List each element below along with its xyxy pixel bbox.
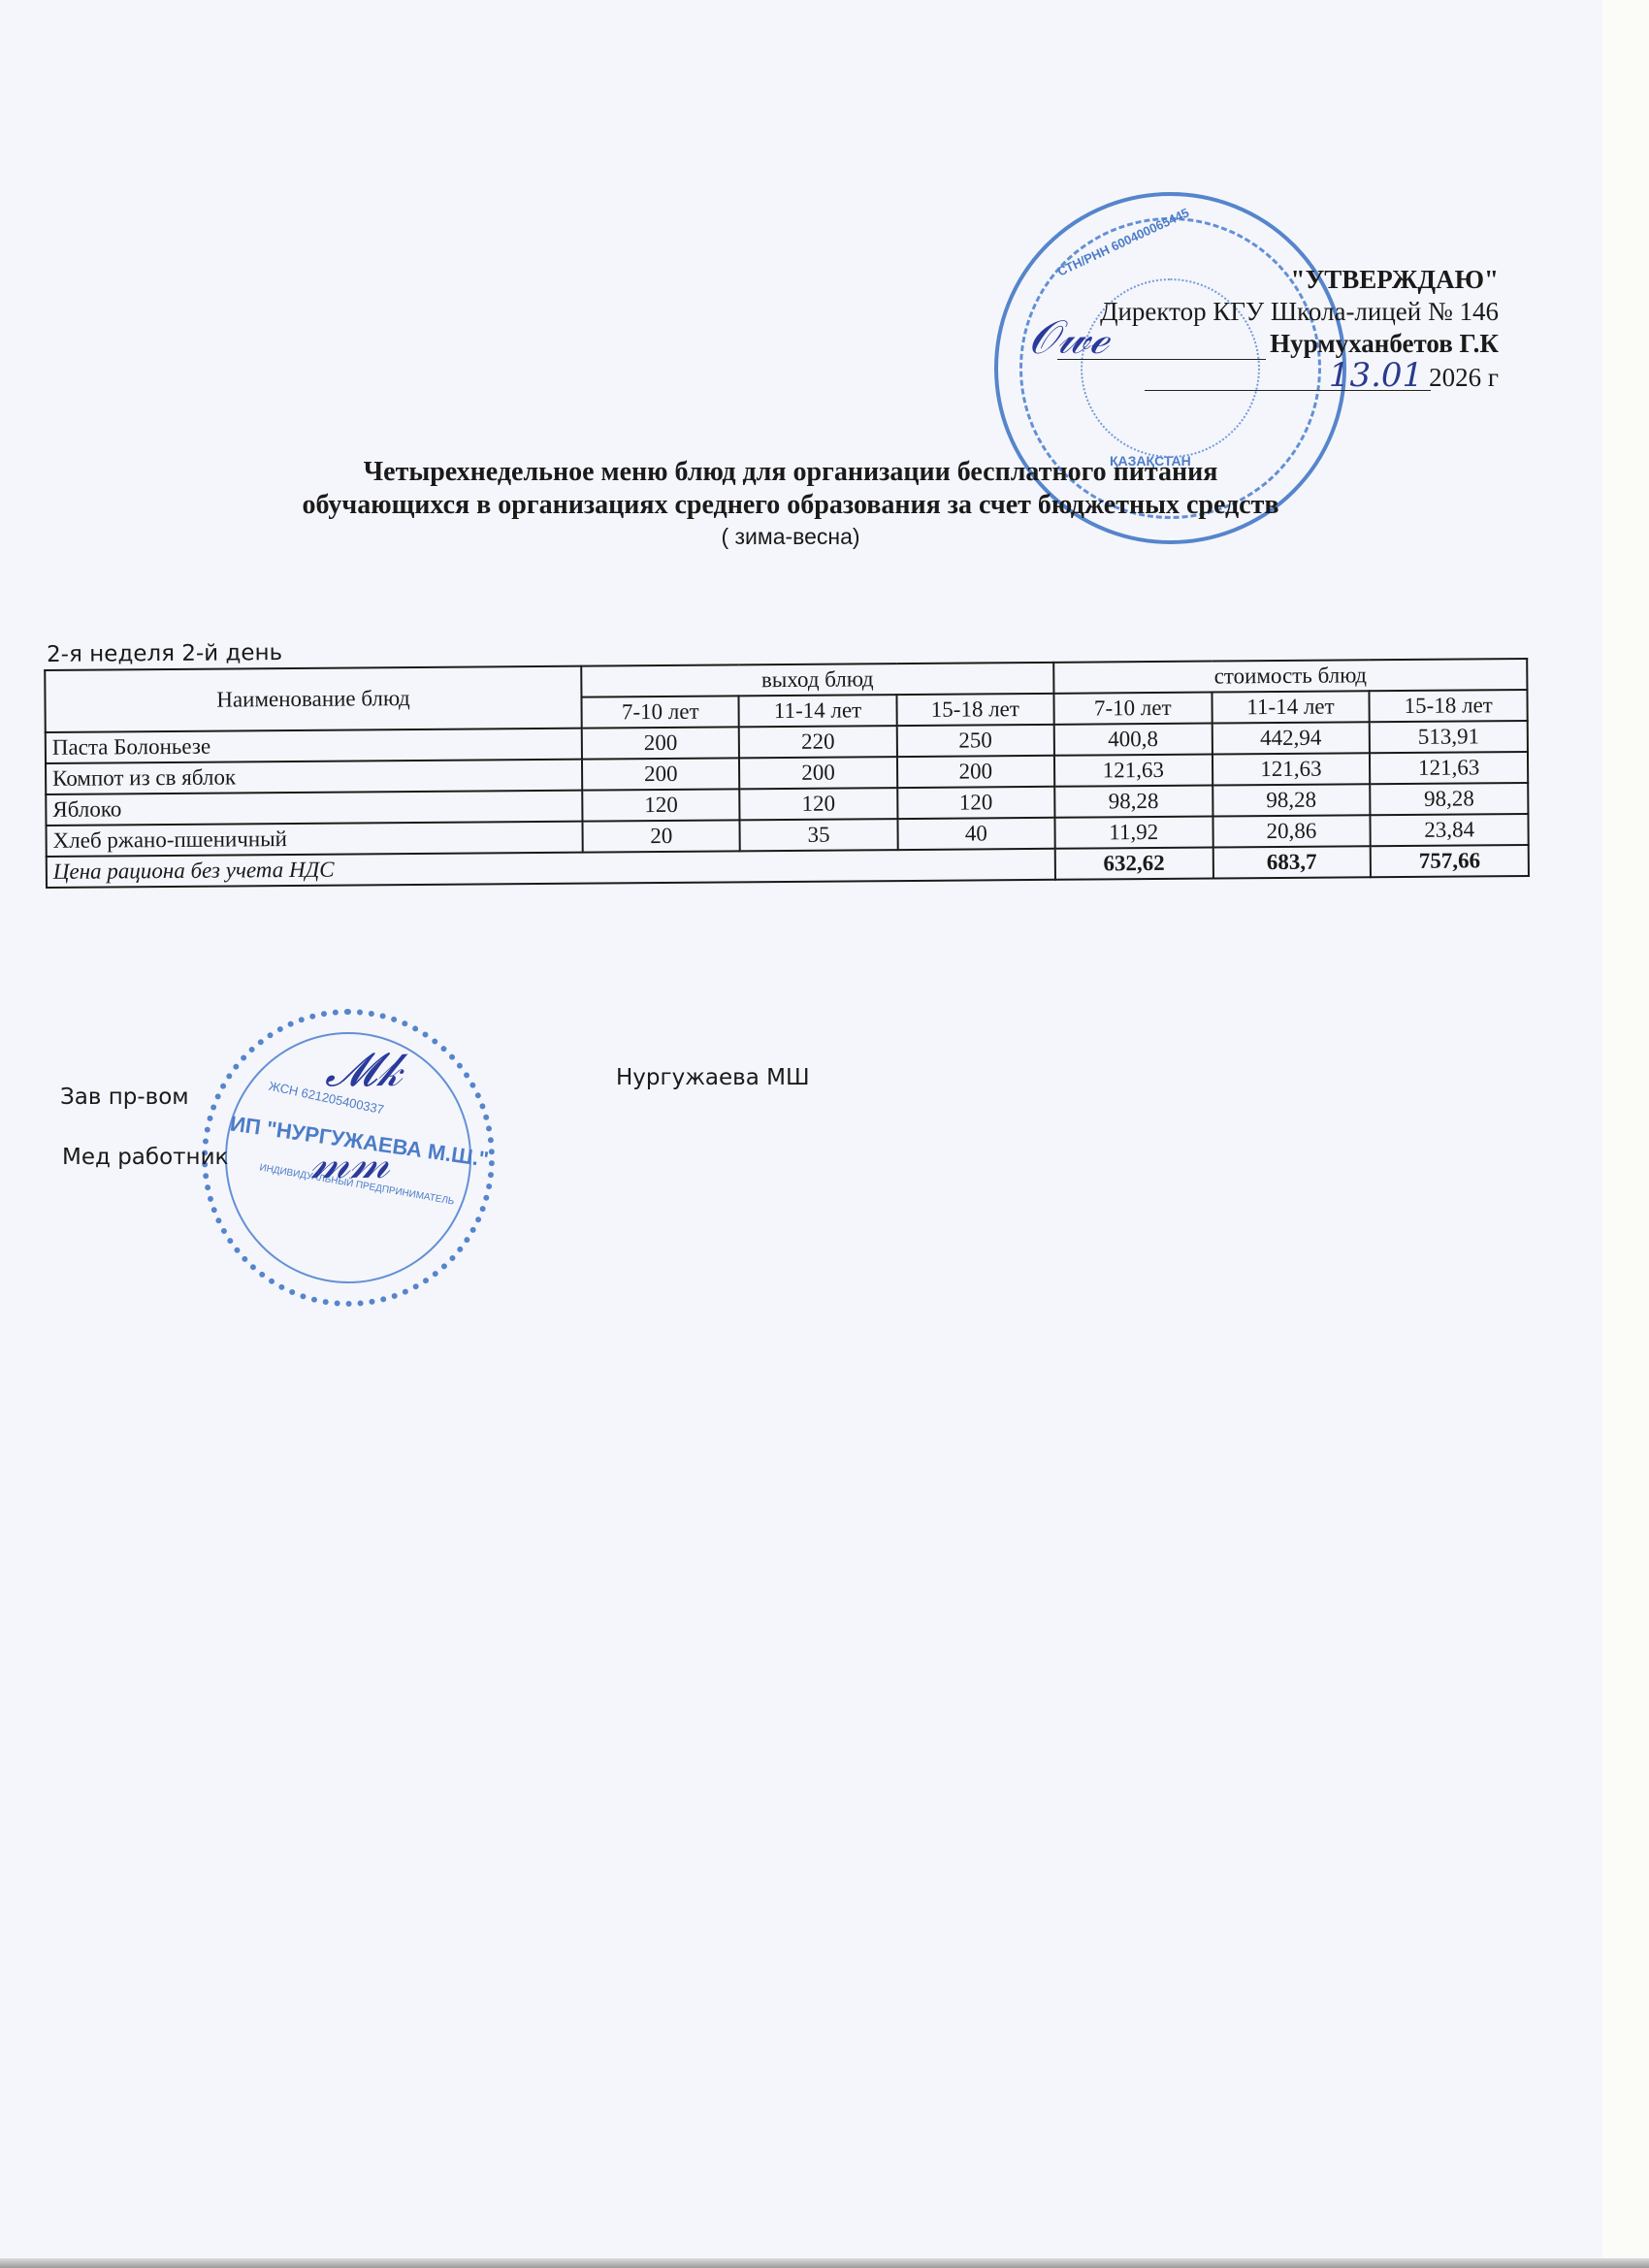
director-signature: 𝒪𝓌ℯ	[1028, 310, 1108, 366]
header-cost-age-1: 7-10 лет	[1053, 693, 1212, 725]
cost-cell: 98,28	[1212, 784, 1371, 816]
date-line	[1145, 390, 1431, 391]
yield-cell: 20	[582, 820, 740, 852]
cost-cell: 98,28	[1054, 786, 1212, 818]
scan-bottom-edge	[0, 2258, 1649, 2268]
medic-label: Мед работник	[62, 1145, 228, 1170]
scan-edge-strip	[1602, 0, 1649, 2268]
document-title: Четырехнедельное меню блюд для организац…	[175, 456, 1406, 522]
dish-name: Компот из св яблок	[46, 760, 582, 794]
cost-cell: 513,91	[1370, 721, 1528, 753]
yield-cell: 120	[740, 788, 898, 820]
cost-cell: 121,63	[1212, 753, 1371, 785]
header-yield: выход блюд	[581, 663, 1053, 697]
dish-name: Хлеб ржано-пшеничный	[47, 822, 583, 857]
yield-cell: 200	[582, 727, 740, 759]
approval-date-handwritten: 13.01	[1329, 356, 1423, 395]
production-head-label: Зав пр-вом	[60, 1085, 189, 1110]
yield-cell: 40	[897, 818, 1055, 850]
production-head-signature: 𝓜𝓀	[325, 1043, 403, 1098]
header-yield-age-1: 7-10 лет	[581, 696, 739, 728]
total-cost-cell: 632,62	[1055, 848, 1213, 880]
cost-cell: 23,84	[1371, 814, 1529, 846]
approval-year: 2026 г	[1429, 363, 1499, 392]
cost-cell: 98,28	[1370, 783, 1528, 815]
cost-cell: 442,94	[1212, 722, 1370, 754]
production-head-name: Нургужаева МШ	[616, 1065, 810, 1090]
menu-table: 2-я неделя 2-й день Наименование блюд вы…	[44, 629, 1530, 889]
dish-name: Паста Болоньезе	[46, 729, 582, 763]
yield-cell: 200	[897, 756, 1055, 788]
yield-cell: 220	[739, 726, 897, 758]
header-cost-age-3: 15-18 лет	[1370, 690, 1528, 722]
document-title-line1: Четырехнедельное меню блюд для организац…	[175, 456, 1406, 489]
cost-cell: 121,63	[1370, 752, 1528, 784]
header-cost-age-2: 11-14 лет	[1212, 691, 1370, 723]
medic-signature: 𝓂𝓂	[310, 1135, 390, 1190]
header-yield-age-2: 11-14 лет	[739, 695, 897, 727]
yield-cell: 250	[896, 725, 1054, 757]
total-cost-cell: 757,66	[1371, 845, 1529, 877]
yield-cell: 120	[897, 787, 1055, 819]
cost-cell: 121,63	[1054, 755, 1212, 787]
yield-cell: 200	[739, 757, 897, 789]
header-cost: стоимость блюд	[1053, 659, 1527, 694]
header-yield-age-3: 15-18 лет	[896, 694, 1054, 726]
yield-cell: 120	[582, 789, 740, 821]
cost-cell: 400,8	[1054, 724, 1212, 756]
yield-cell: 35	[740, 819, 898, 851]
document-title-line2: обучающихся в организациях среднего обра…	[175, 489, 1406, 522]
dish-name: Яблоко	[46, 791, 582, 826]
season-label: ( зима-весна)	[175, 524, 1406, 550]
cost-cell: 20,86	[1212, 815, 1371, 847]
header-dish-name: Наименование блюд	[45, 666, 582, 732]
total-cost-cell: 683,7	[1212, 846, 1371, 878]
yield-cell: 200	[582, 758, 740, 790]
total-label: Цена рациона без учета НДС	[47, 849, 1055, 888]
approval-title: "УТВЕРЖДАЮ"	[970, 264, 1499, 296]
cost-cell: 11,92	[1054, 817, 1212, 849]
